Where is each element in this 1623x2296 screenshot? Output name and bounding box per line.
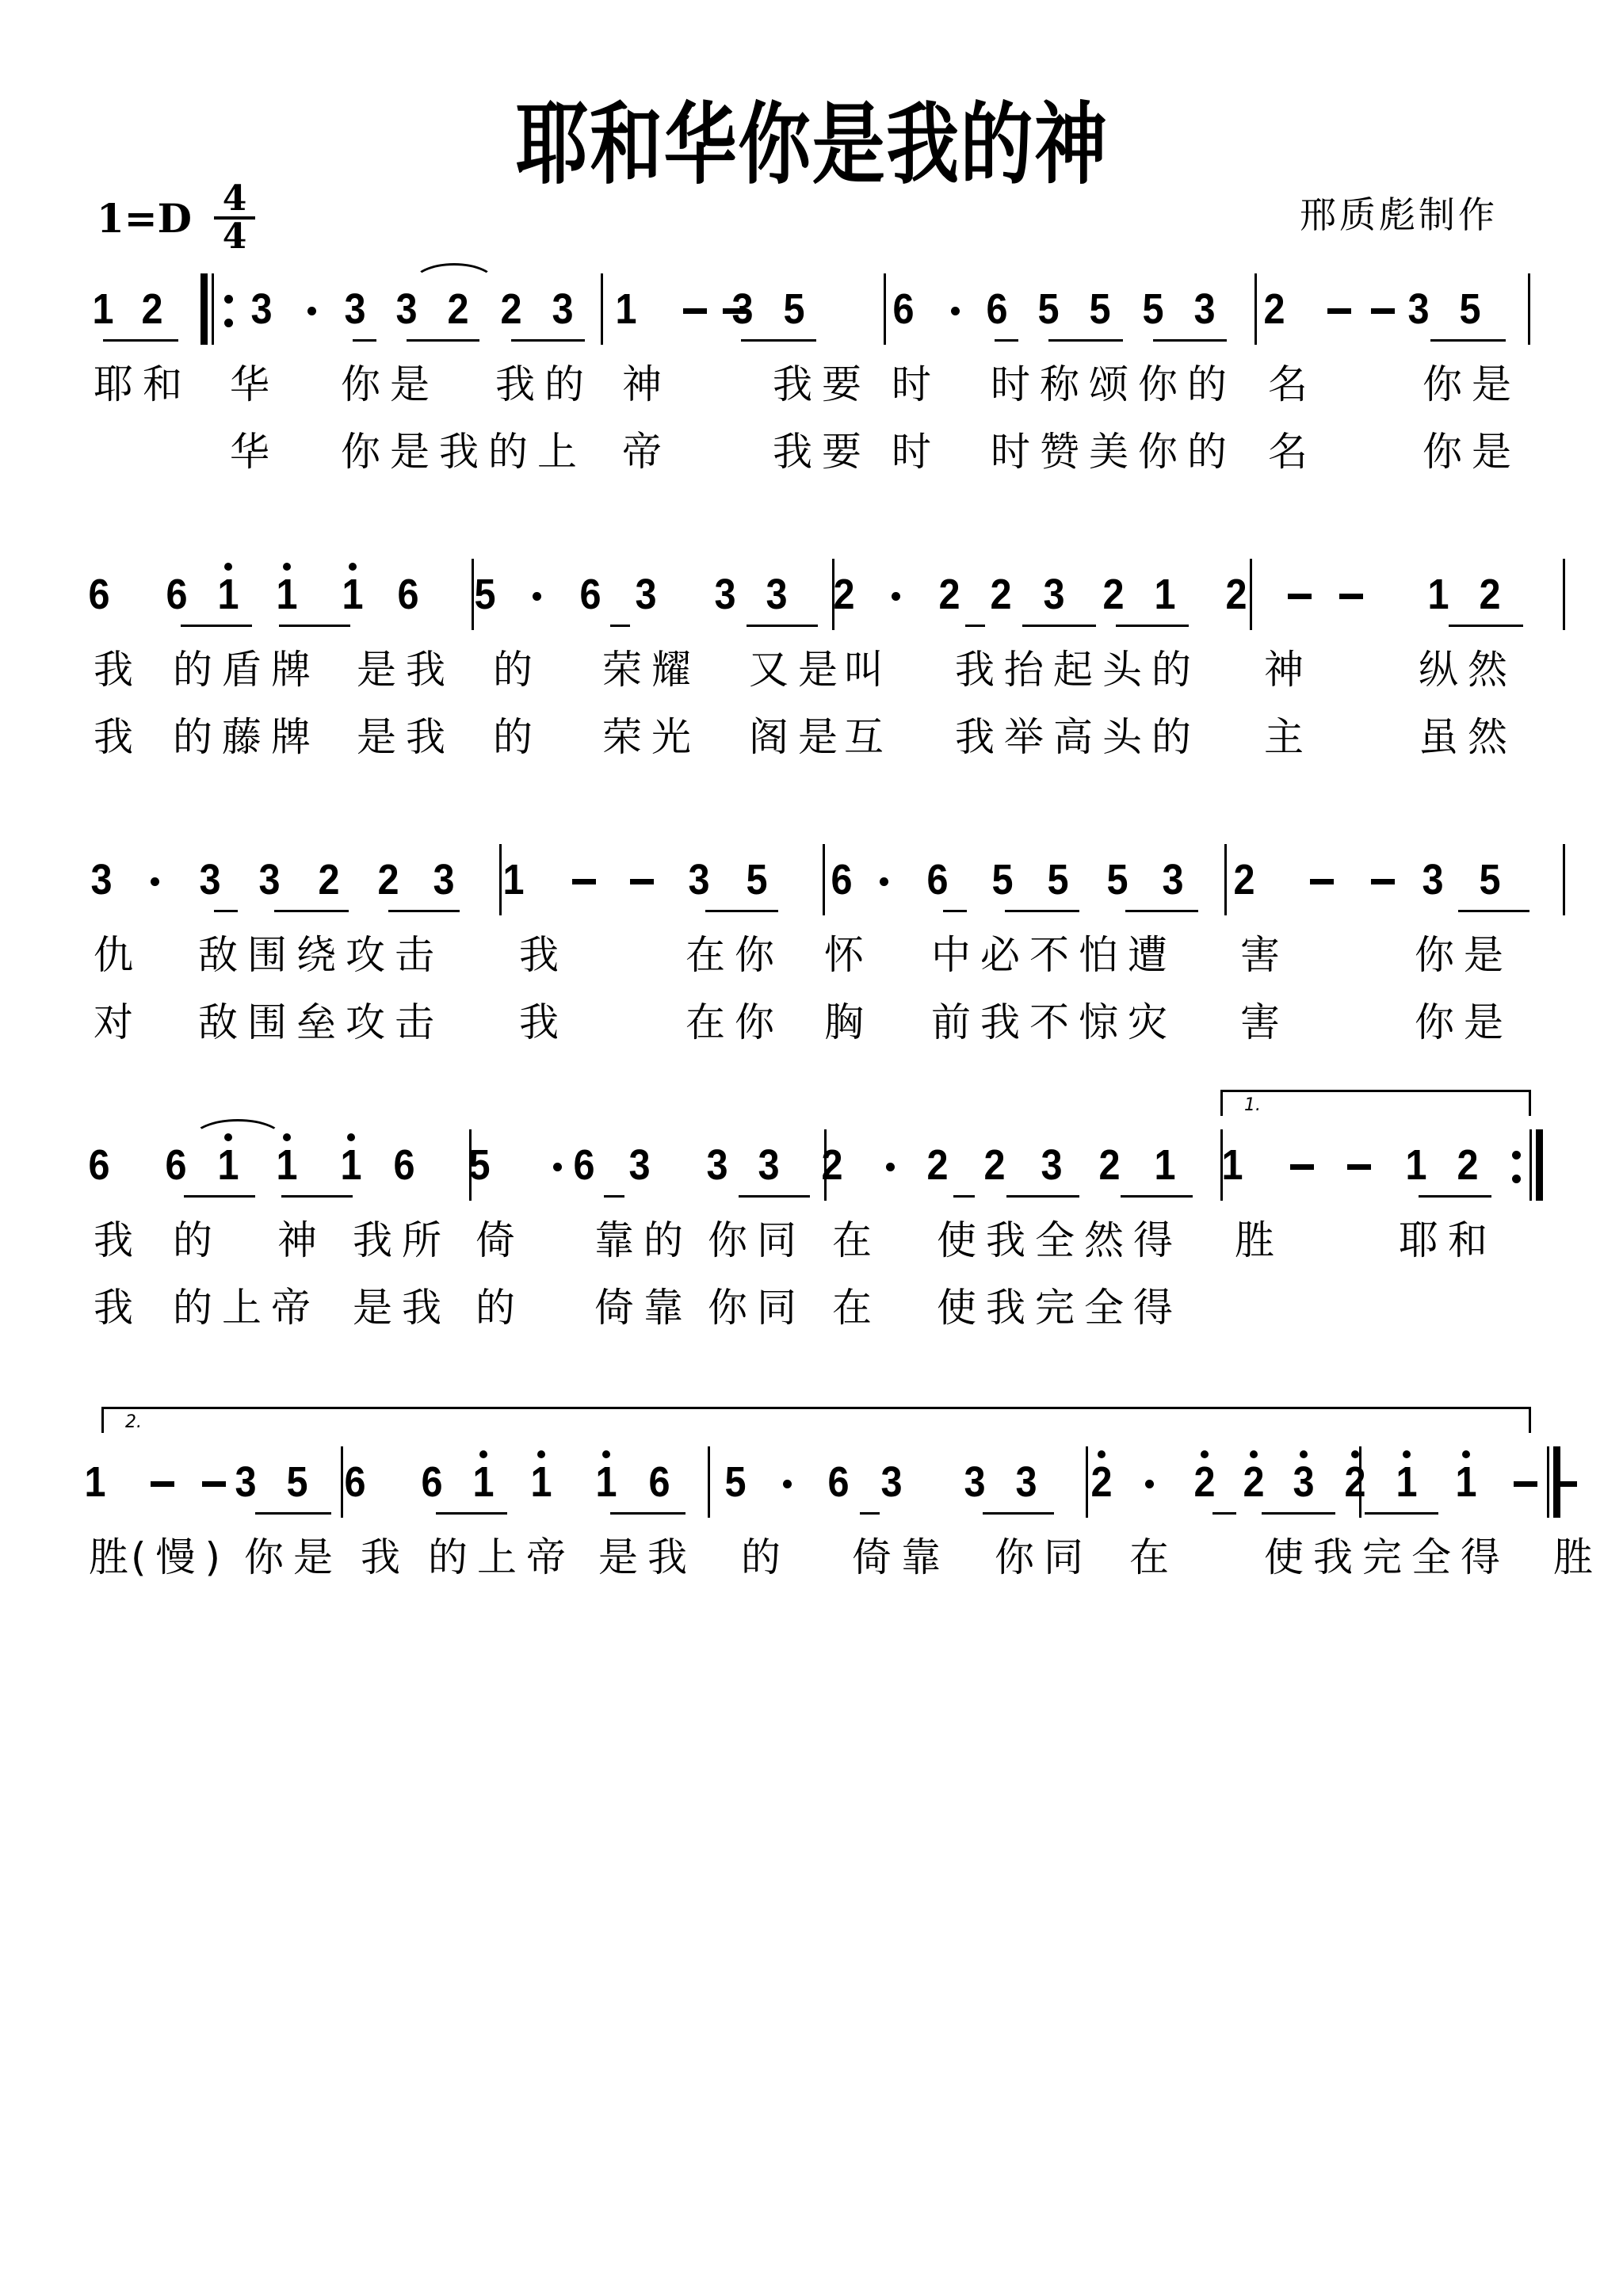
eighth-underline [103,339,178,342]
note: 3 [1404,285,1433,333]
note: 6 [827,856,856,904]
song-title: 耶和华你是我的神 [147,94,1477,197]
barline [708,1446,710,1518]
lyric-syllables: 时 [892,357,941,412]
note: 5 [471,571,499,618]
note: 3 [877,1458,906,1506]
note: 2 [1190,1458,1219,1506]
lyric-syllables: 你同 [708,1213,806,1268]
note: 1 [1452,1458,1480,1506]
lyric-syllables: 荣耀 [602,642,701,697]
note: 6 [923,856,952,904]
note: 2 [923,1141,952,1189]
barline [1254,273,1257,345]
note: 1 [338,571,367,618]
lyric-syllables: 我 [519,995,568,1050]
notes-row: 12333223135665553235 [0,269,1623,349]
lyric-line-verse-1: 耶和华你是我的神我要时时称颂你的名你是 [0,357,1623,412]
barline [472,559,474,630]
lyric-syllables: 耶和 [94,357,192,412]
augmentation-dot [151,877,159,886]
note: 3 [1037,1141,1066,1189]
eighth-underline [407,339,479,342]
lyric-syllables: 我 [94,709,143,765]
lyric-syllables: 是我 [357,709,455,765]
notes-row: 66111656333222321212 [0,555,1623,634]
notes-row: 333223135665553235 [0,840,1623,919]
eighth-underline [1430,339,1506,342]
barline [499,844,502,915]
note: 1 [273,1141,301,1189]
lyric-syllables: 神 [1264,642,1313,697]
note: 2 [497,285,525,333]
lyric-syllables: 是我 [353,1280,451,1335]
lyric-syllables: 对 [94,995,143,1050]
time-numerator: 4 [223,183,247,215]
note: 5 [1139,285,1167,333]
key-label: 1=D [97,195,192,242]
repeat-start-thin-bar [212,273,214,345]
lyric-syllables: 靠的 [594,1213,693,1268]
lyric-syllables: 名 [1268,424,1317,479]
note: 1 [214,571,242,618]
note: 1 [1424,571,1453,618]
high-octave-dot [349,563,357,571]
barline [1086,1446,1088,1518]
lyric-syllables: 你是 [244,1530,342,1585]
note: 1 [499,856,528,904]
eighth-underline [1365,1512,1438,1515]
high-octave-dot [1098,1450,1106,1458]
note: 3 [1289,1458,1318,1506]
lyric-syllables: 中必不怕遭 [931,927,1177,983]
eighth-underline [1458,910,1529,912]
note: 1 [1402,1141,1430,1189]
eighth-underline [705,910,778,912]
slur-arc [412,263,496,283]
barline [469,1129,472,1201]
note: 6 [824,1458,853,1506]
lyric-syllables: 时 [892,424,941,479]
eighth-underline [353,339,376,342]
repeat-dot [224,319,233,327]
high-octave-dot [479,1450,487,1458]
notation-system: 1356611165633322232112.胜(慢)你是我的上帝是我的倚靠你同… [0,1442,1623,1680]
note: 1 [1151,571,1179,618]
note: 6 [645,1458,674,1506]
eighth-underline [279,625,350,627]
lyric-syllables: 在你 [685,995,784,1050]
barline [1250,559,1252,630]
extension-dash [1310,879,1334,884]
lyric-syllables: 害 [1240,927,1289,983]
eighth-underline [604,1195,624,1198]
final-thick-bar [1553,1446,1560,1518]
note: 1 [89,285,117,333]
note: 3 [632,571,660,618]
augmentation-dot [553,1163,562,1171]
final-thin-bar [1547,1446,1549,1518]
volta-label: 2. [125,1412,142,1432]
lyric-syllables: 在你 [685,927,784,983]
eighth-underline [1121,1195,1193,1198]
notes-row: 1356611165633322232112. [0,1442,1623,1522]
high-octave-dot [283,563,291,571]
repeat-dot [1512,1175,1521,1183]
lyric-syllables: 使我全然得 [937,1213,1182,1268]
lyric-syllables: (慢) [131,1530,230,1585]
lyric-syllables: 神 [622,357,671,412]
note: 5 [283,1458,311,1506]
repeat-end-thick-bar [1536,1129,1543,1201]
notes-row: 661116563332223211121. [0,1125,1623,1205]
lyric-syllables: 你是我的上 [341,424,586,479]
high-octave-dot [283,1133,291,1141]
note: 2 [1476,571,1504,618]
lyric-syllables: 你同 [708,1280,806,1335]
extension-dash [572,879,596,884]
note: 3 [341,285,369,333]
note: 3 [231,1458,260,1506]
lyric-syllables: 我抬起头的 [955,642,1201,697]
note: 5 [988,856,1017,904]
eighth-underline [610,625,630,627]
note: 6 [394,571,422,618]
note: 3 [960,1458,989,1506]
lyric-syllables: 又是 [749,642,847,697]
note: 5 [743,856,771,904]
barline [1224,844,1227,915]
lyric-syllables: 互 [844,709,893,765]
eighth-underline [995,339,1018,342]
barline [1563,844,1565,915]
slur-arc [192,1119,284,1139]
augmentation-dot [1145,1480,1154,1488]
note: 1 [214,1141,242,1189]
note: 2 [1222,571,1251,618]
note: 3 [548,285,577,333]
note: 2 [980,1141,1009,1189]
eighth-underline [274,910,349,912]
author-credit: 邢质彪制作 [1300,186,1498,239]
lyric-syllables: 敌围垒攻击 [198,995,444,1050]
augmentation-dot [892,592,900,601]
lyric-syllables: 胜 [1553,1530,1602,1585]
lyric-syllables: 的 [493,642,542,697]
note: 3 [87,856,116,904]
repeat-end-thin-bar [1529,1129,1532,1201]
note: 6 [418,1458,446,1506]
note: 3 [392,285,421,333]
note: 5 [1476,856,1504,904]
lyric-syllables: 你是 [1415,927,1513,983]
extension-dash [1371,308,1395,314]
note: 1 [592,1458,621,1506]
note: 6 [576,571,605,618]
eighth-underline [255,1512,331,1515]
lyric-line-verse-1: 我的盾牌是我的荣耀又是叫我抬起头的神纵然 [0,642,1623,697]
time-denominator: 4 [223,221,247,253]
eighth-underline [1125,910,1198,912]
note: 2 [1260,285,1289,333]
note: 2 [374,856,403,904]
lyric-syllables: 的藤牌 [173,709,320,765]
lyric-syllables: 我 [94,1213,143,1268]
note: 3 [1190,285,1219,333]
lyric-syllables: 我 [94,1280,143,1335]
note: 6 [983,285,1011,333]
augmentation-dot [307,307,316,315]
lyric-syllables: 倚靠 [852,1530,950,1585]
lyric-syllables: 阁是 [749,709,847,765]
lyric-syllables: 帝 [622,424,671,479]
eighth-underline [184,1195,255,1198]
lyric-syllables: 你是 [1415,995,1513,1050]
note: 2 [987,571,1015,618]
lyric-syllables: 我 [361,1530,410,1585]
note: 2 [935,571,964,618]
note: 1 [273,571,301,618]
lyric-syllables: 的上帝 [173,1280,320,1335]
lyric-syllables: 虽然 [1419,709,1517,765]
lyric-line-verse-2: 对敌围垒攻击我在你胸前我不惊灾害你是 [0,995,1623,1050]
note: 1 [337,1141,365,1189]
note: 3 [685,856,713,904]
note: 2 [444,285,472,333]
barline [824,1129,827,1201]
barline [1359,1446,1361,1518]
key-signature: 1=D 4 4 [97,178,255,258]
note: 3 [247,285,276,333]
eighth-underline [747,625,818,627]
extension-dash [630,879,654,884]
repeat-dot [1512,1151,1521,1159]
note: 2 [1239,1458,1268,1506]
lyric-syllables: 仇 [94,927,143,983]
extension-dash [1514,1481,1537,1487]
barline [832,559,834,630]
note: 6 [570,1141,598,1189]
note: 6 [889,285,918,333]
extension-dash [1327,308,1351,314]
lyric-syllables: 你是 [1423,424,1521,479]
volta-bracket [101,1407,1531,1433]
lyric-line-verse-1: 胜(慢)你是我的上帝是我的倚靠你同在使我完全得胜 [0,1530,1623,1585]
extension-dash [1290,1164,1314,1170]
eighth-underline [1449,625,1523,627]
lyric-syllables: 我要 [773,357,871,412]
barline [1528,273,1530,345]
note: 2 [1341,1458,1369,1506]
note: 2 [138,285,166,333]
eighth-underline [983,1512,1054,1515]
lyric-syllables: 叫 [844,642,893,697]
note: 6 [85,1141,113,1189]
lyric-syllables: 在 [832,1280,881,1335]
lyric-syllables: 的 [475,1280,525,1335]
high-octave-dot [1351,1450,1359,1458]
note: 2 [1095,1141,1124,1189]
lyric-syllables: 我 [94,642,143,697]
lyric-syllables: 在 [1129,1530,1178,1585]
lyric-line-verse-2: 华你是我的上帝我要时时赞美你的名你是 [0,424,1623,479]
notation-system: 12333223135665553235耶和华你是我的神我要时时称颂你的名你是华… [0,269,1623,507]
lyric-syllables: 时赞美你的 [991,424,1236,479]
lyric-syllables: 的 [741,1530,790,1585]
note: 3 [1040,571,1068,618]
lyric-syllables: 我所 [353,1213,451,1268]
lyric-syllables: 你是 [341,357,439,412]
note: 3 [1419,856,1447,904]
augmentation-dot [783,1480,792,1488]
note: 6 [162,571,191,618]
note: 5 [1456,285,1484,333]
lyric-line-verse-2: 我的藤牌是我的荣光阁是互我举高头的主虽然 [0,709,1623,765]
eighth-underline [943,910,967,912]
eighth-underline [181,625,252,627]
note: 2 [1099,571,1128,618]
time-signature: 4 4 [214,183,255,253]
eighth-underline [281,1195,353,1198]
eighth-underline [1005,910,1079,912]
notation-system: 661116563332223211121.我的神我所倚靠的你同在使我全然得胜耶… [0,1125,1623,1363]
lyric-syllables: 倚 [475,1213,525,1268]
barline [823,844,825,915]
lyric-syllables: 我举高头的 [955,709,1201,765]
note: 2 [315,856,343,904]
eighth-underline [511,339,585,342]
eighth-underline [860,1512,880,1515]
lyric-syllables: 神 [277,1213,327,1268]
lyric-syllables: 名 [1268,357,1317,412]
extension-dash [151,1481,174,1487]
barline [884,273,886,345]
lyric-syllables: 使我完全得 [1264,1530,1510,1585]
eighth-underline [1048,339,1123,342]
note: 3 [754,1141,783,1189]
note: 3 [711,571,739,618]
lyric-syllables: 我要 [773,424,871,479]
repeat-start-thick-bar [200,273,208,345]
note: 5 [721,1458,750,1506]
high-octave-dot [347,1133,355,1141]
lyric-syllables: 是我 [357,642,455,697]
lyric-syllables: 敌围绕攻击 [198,927,444,983]
note: 3 [255,856,284,904]
lyric-line-verse-1: 仇敌围绕攻击我在你怀中必不怕遭害你是 [0,927,1623,983]
lyric-syllables: 荣光 [602,709,701,765]
high-octave-dot [602,1450,610,1458]
lyric-syllables: 使我完全得 [937,1280,1182,1335]
note: 1 [81,1458,109,1506]
lyric-syllables: 我 [519,927,568,983]
notation-system: 66111656333222321212我的盾牌是我的荣耀又是叫我抬起头的神纵然… [0,555,1623,793]
barline [1563,559,1565,630]
high-octave-dot [1403,1450,1411,1458]
note: 6 [390,1141,418,1189]
high-octave-dot [1300,1450,1308,1458]
note: 6 [341,1458,369,1506]
high-octave-dot [537,1450,545,1458]
note: 3 [196,856,224,904]
note: 2 [818,1141,846,1189]
eighth-underline [741,339,816,342]
eighth-underline [953,1195,975,1198]
extension-dash [1339,594,1363,599]
extension-dash [202,1481,226,1487]
lyric-syllables: 的 [173,1213,222,1268]
eighth-underline [965,625,985,627]
augmentation-dot [880,877,888,886]
volta-label: 1. [1244,1095,1261,1115]
note: 3 [703,1141,731,1189]
lyric-syllables: 耶和 [1399,1213,1497,1268]
eighth-underline [1006,1195,1079,1198]
note: 1 [469,1458,498,1506]
note: 3 [1159,856,1187,904]
note: 2 [1453,1141,1482,1189]
note: 3 [430,856,458,904]
extension-dash [683,308,707,314]
eighth-underline [1262,1512,1335,1515]
lyric-syllables: 倚靠 [594,1280,693,1335]
eighth-underline [739,1195,810,1198]
extension-dash [1288,594,1312,599]
lyric-syllables: 纵然 [1419,642,1517,697]
note: 2 [1087,1458,1116,1506]
lyric-syllables: 我的 [495,357,594,412]
note: 5 [1086,285,1114,333]
lyric-syllables: 你同 [995,1530,1093,1585]
note: 5 [1103,856,1132,904]
note: 1 [1151,1141,1179,1189]
eighth-underline [1116,625,1189,627]
lyric-syllables: 是我 [598,1530,697,1585]
high-octave-dot [1201,1450,1209,1458]
volta-bracket [1220,1090,1531,1116]
note: 1 [527,1458,556,1506]
extension-dash [1371,879,1395,884]
lyric-syllables: 的上帝 [428,1530,575,1585]
barline [341,1446,343,1518]
barline [1220,1129,1223,1201]
barline [601,273,603,345]
lyric-syllables: 时称颂你的 [991,357,1236,412]
lyric-syllables: 害 [1240,995,1289,1050]
lyric-syllables: 的盾牌 [173,642,320,697]
eighth-underline [436,1512,507,1515]
high-octave-dot [1250,1450,1258,1458]
lyric-syllables: 华 [230,357,279,412]
lyric-syllables: 前我不惊灾 [931,995,1177,1050]
notation-system: 333223135665553235仇敌围绕攻击我在你怀中必不怕遭害你是对敌围垒… [0,840,1623,1078]
lyric-syllables: 怀 [824,927,873,983]
augmentation-dot [951,307,960,315]
note: 5 [1044,856,1072,904]
eighth-underline [1419,1195,1491,1198]
lyric-line-verse-1: 我的神我所倚靠的你同在使我全然得胜耶和 [0,1213,1623,1268]
lyric-syllables: 主 [1264,709,1313,765]
eighth-underline [1022,625,1096,627]
note: 2 [1230,856,1258,904]
repeat-dot [224,295,233,304]
note: 3 [762,571,791,618]
note: 1 [1392,1458,1421,1506]
high-octave-dot [1462,1450,1470,1458]
note: 5 [1034,285,1063,333]
note: 3 [625,1141,654,1189]
lyric-syllables: 胜 [1235,1213,1284,1268]
